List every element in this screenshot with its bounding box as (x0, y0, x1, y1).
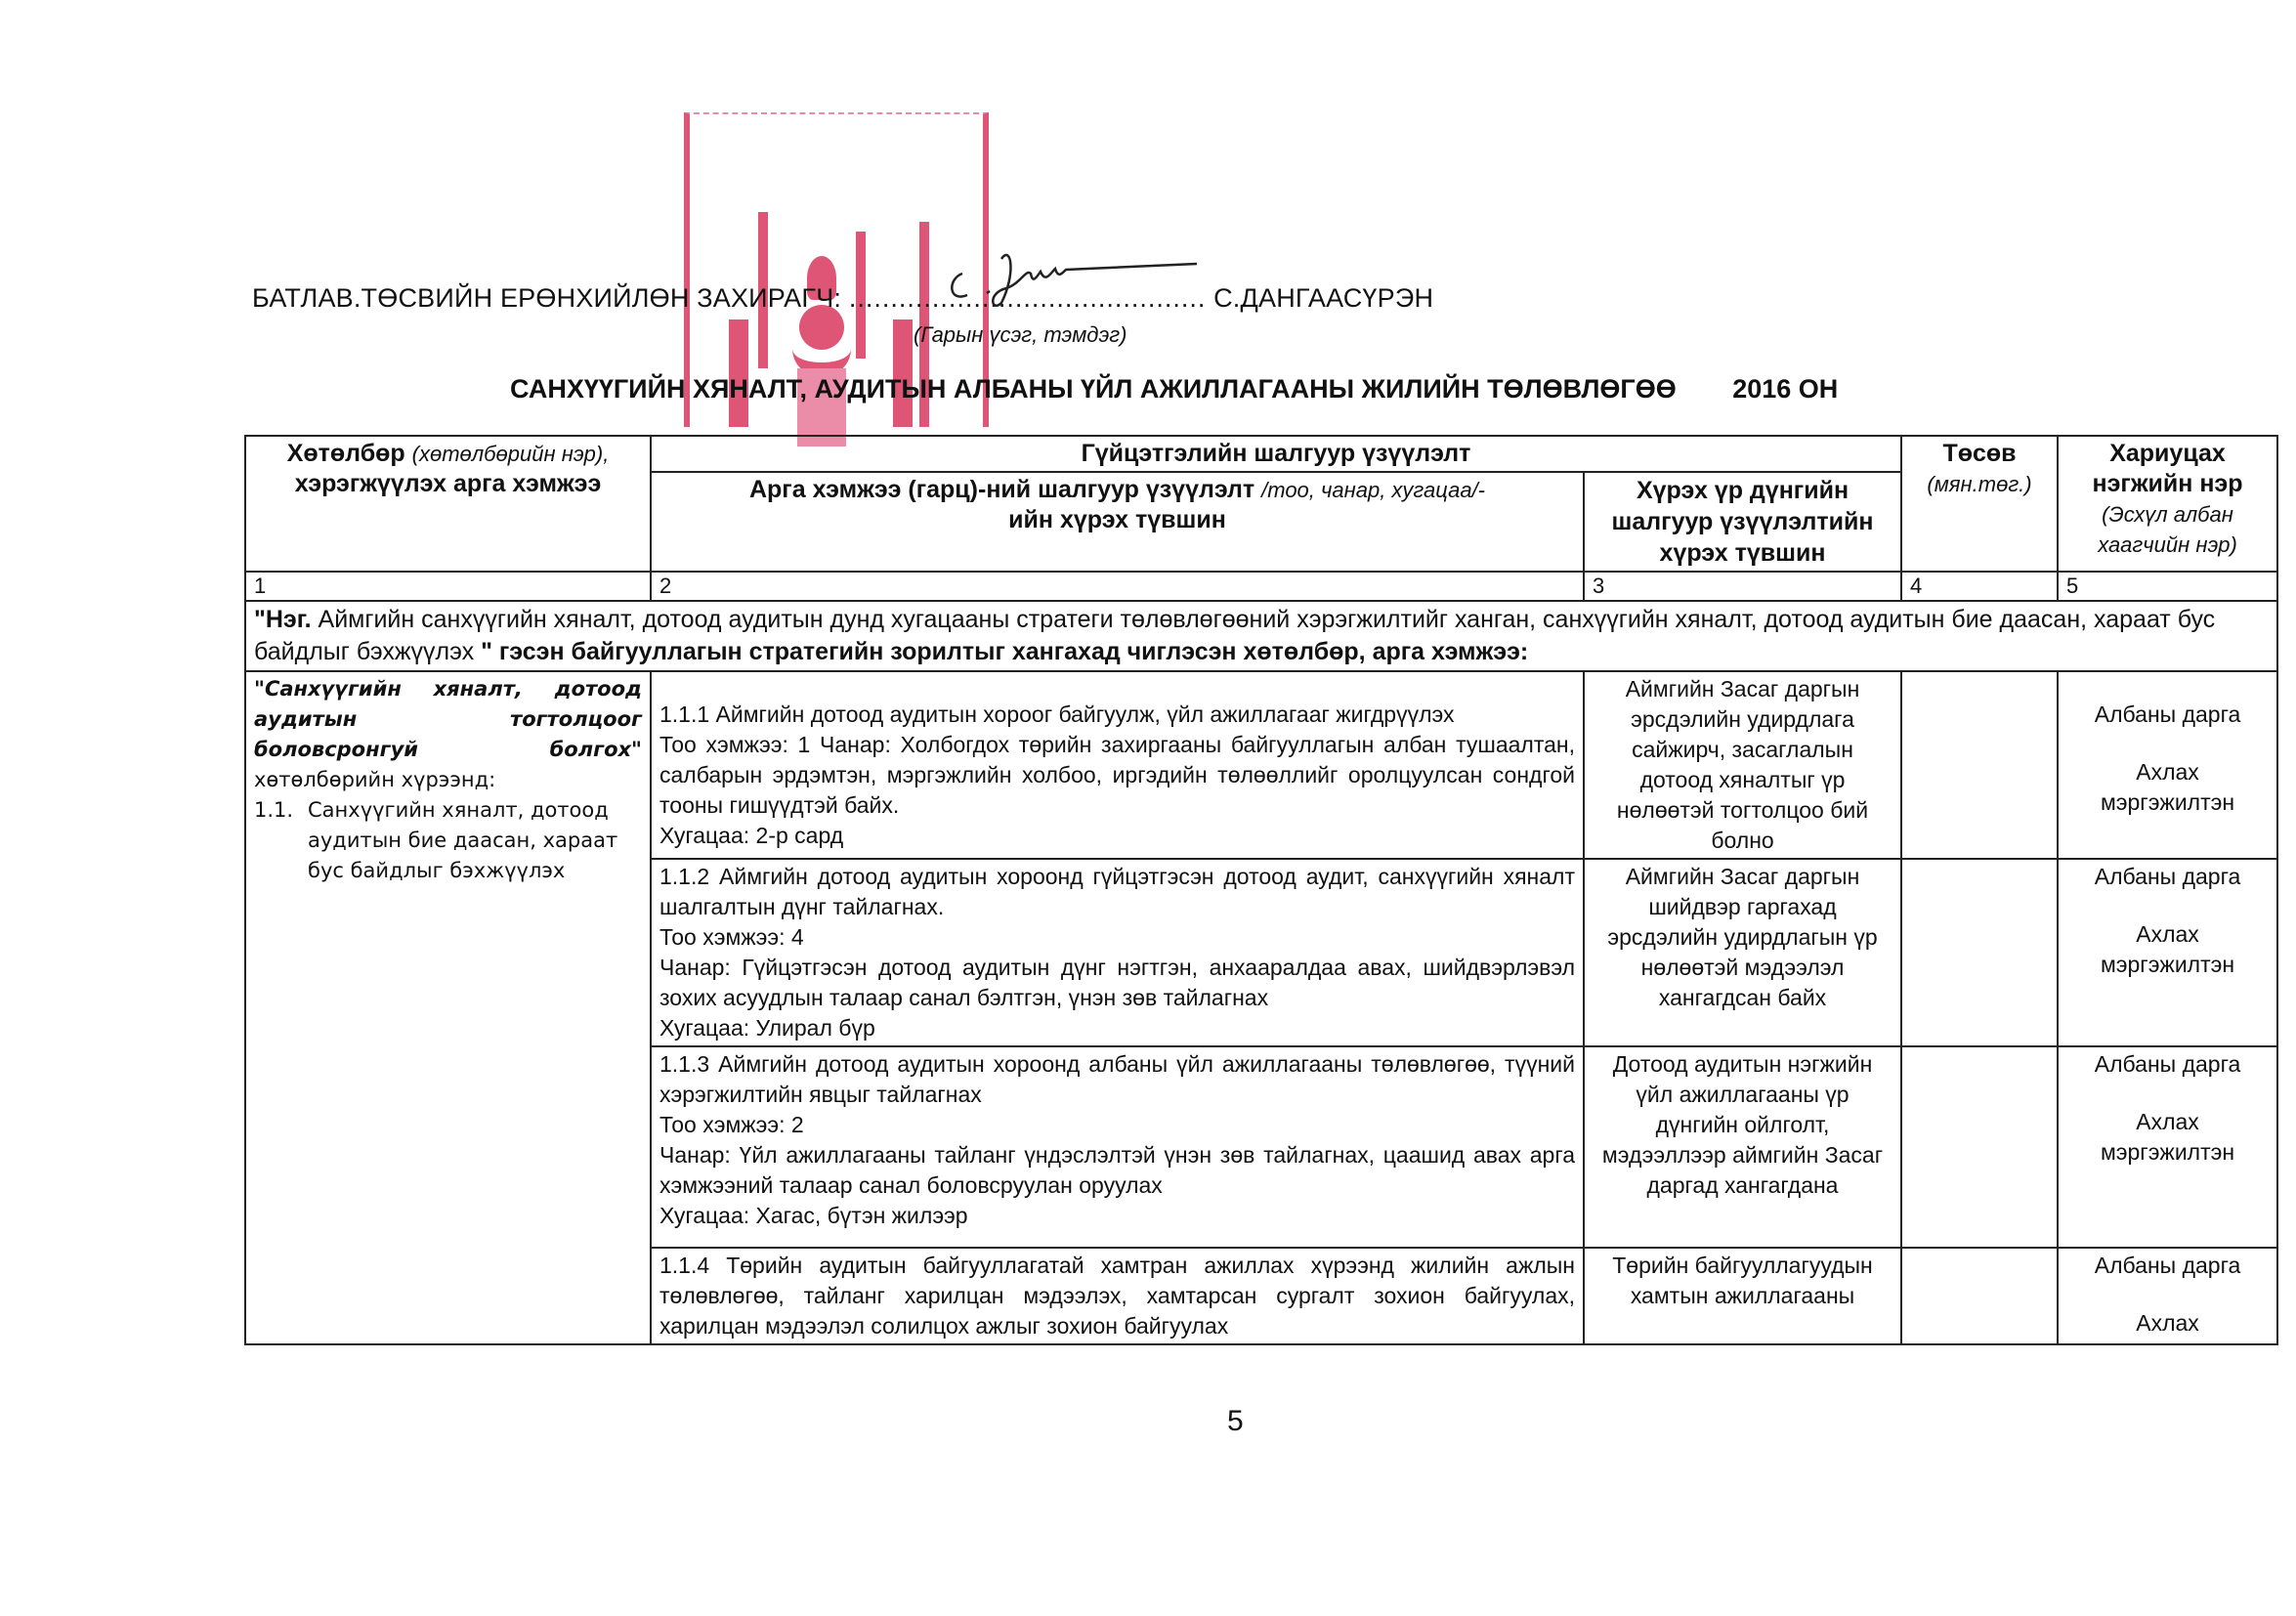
budget-cell (1901, 1046, 2058, 1248)
header-row: Хөтөлбөр (хөтөлбөрийн нэр), хэрэгжүүлэх … (245, 436, 2277, 472)
activity-cell: 1.1.3 Аймгийн дотоод аудитын хороонд алб… (651, 1046, 1584, 1248)
column-number-row: 1 2 3 4 5 (245, 572, 2277, 601)
activity-cell: 1.1.1 Аймгийн дотоод аудитын хороог байг… (651, 671, 1584, 859)
header-responsible: Хариуцах нэгжийн нэр (Эсхүл албан хаагчи… (2058, 436, 2277, 572)
column-number: 4 (1901, 572, 2058, 601)
budget-cell (1901, 859, 2058, 1046)
strategic-goal: "Нэг. Аймгийн санхүүгийн хяналт, дотоод … (245, 601, 2277, 671)
header-budget: Төсөв (мян.төг.) (1901, 436, 2058, 572)
header-program: Хөтөлбөр (хөтөлбөрийн нэр), хэрэгжүүлэх … (245, 436, 651, 572)
header-result-criteria: Хүрэх үр дүнгийн шалгуур үзүүлэлтийн хүр… (1584, 472, 1901, 572)
table-row: "Санхүүгийн хяналт, дотоод аудитын тогто… (245, 671, 2277, 859)
budget-cell (1901, 1248, 2058, 1344)
column-number: 1 (245, 572, 651, 601)
program-title: "Санхүүгийн хяналт, дотоод аудитын тогто… (254, 674, 642, 765)
result-cell: Дотоод аудитын нэгжийн үйл ажиллагааны ү… (1584, 1046, 1901, 1248)
strategic-goal-row: "Нэг. Аймгийн санхүүгийн хяналт, дотоод … (245, 601, 2277, 671)
responsible-cell: Албаны дарга Ахлах мэргэжилтэн (2058, 859, 2277, 1046)
column-number: 3 (1584, 572, 1901, 601)
approval-line: БАТЛАВ.ТӨСВИЙН ЕРӨНХИЙЛӨН ЗАХИРАГЧ: ....… (252, 283, 1433, 314)
responsible-cell: Албаны дарга Ахлах мэргэжилтэн (2058, 671, 2277, 859)
title-text: САНХҮҮГИЙН ХЯНАЛТ, АУДИТЫН АЛБАНЫ ҮЙЛ АЖ… (510, 374, 1677, 404)
activity-cell: 1.1.4 Төрийн аудитын байгууллагатай хамт… (651, 1248, 1584, 1344)
column-number: 5 (2058, 572, 2277, 601)
signature-caption: (Гарын үсэг, тэмдэг) (914, 322, 1127, 348)
soyombo-pillar-icon (729, 319, 748, 427)
document-title: САНХҮҮГИЙН ХЯНАЛТ, АУДИТЫН АЛБАНЫ ҮЙЛ АЖ… (510, 374, 1838, 404)
budget-cell (1901, 671, 2058, 859)
page-number: 5 (1227, 1405, 1244, 1438)
header-activity-criteria: Арга хэмжээ (гарц)-ний шалгуур үзүүлэлт … (651, 472, 1584, 572)
activity-cell: 1.1.2 Аймгийн дотоод аудитын хороонд гүй… (651, 859, 1584, 1046)
program-item: 1.1. Санхүүгийн хяналт, дотоод аудитын б… (254, 795, 642, 886)
responsible-cell: Албаны дарга Ахлах (2058, 1248, 2277, 1344)
header-performance-criteria: Гүйцэтгэлийн шалгуур үзүүлэлт (651, 436, 1901, 472)
result-cell: Аймгийн Засаг даргын эрсдэлийн удирдлага… (1584, 671, 1901, 859)
result-cell: Төрийн байгууллагуудын хамтын ажиллагаан… (1584, 1248, 1901, 1344)
result-cell: Аймгийн Засаг даргын шийдвэр гаргахад эр… (1584, 859, 1901, 1046)
program-cell: "Санхүүгийн хяналт, дотоод аудитын тогто… (245, 671, 651, 1344)
program-subtitle: хөтөлбөрийн хүрээнд: (254, 765, 642, 795)
title-year: 2016 ОН (1732, 374, 1838, 404)
column-number: 2 (651, 572, 1584, 601)
responsible-cell: Албаны дарга Ахлах мэргэжилтэн (2058, 1046, 2277, 1248)
soyombo-pillar-icon (893, 319, 913, 427)
handwritten-signature (943, 234, 1207, 313)
annual-plan-table: Хөтөлбөр (хөтөлбөрийн нэр), хэрэгжүүлэх … (244, 435, 2278, 1345)
approver-name: С.ДАНГААСҮРЭН (1213, 283, 1433, 313)
approval-prefix: БАТЛАВ.ТӨСВИЙН ЕРӨНХИЙЛӨН ЗАХИРАГЧ: (252, 283, 841, 313)
